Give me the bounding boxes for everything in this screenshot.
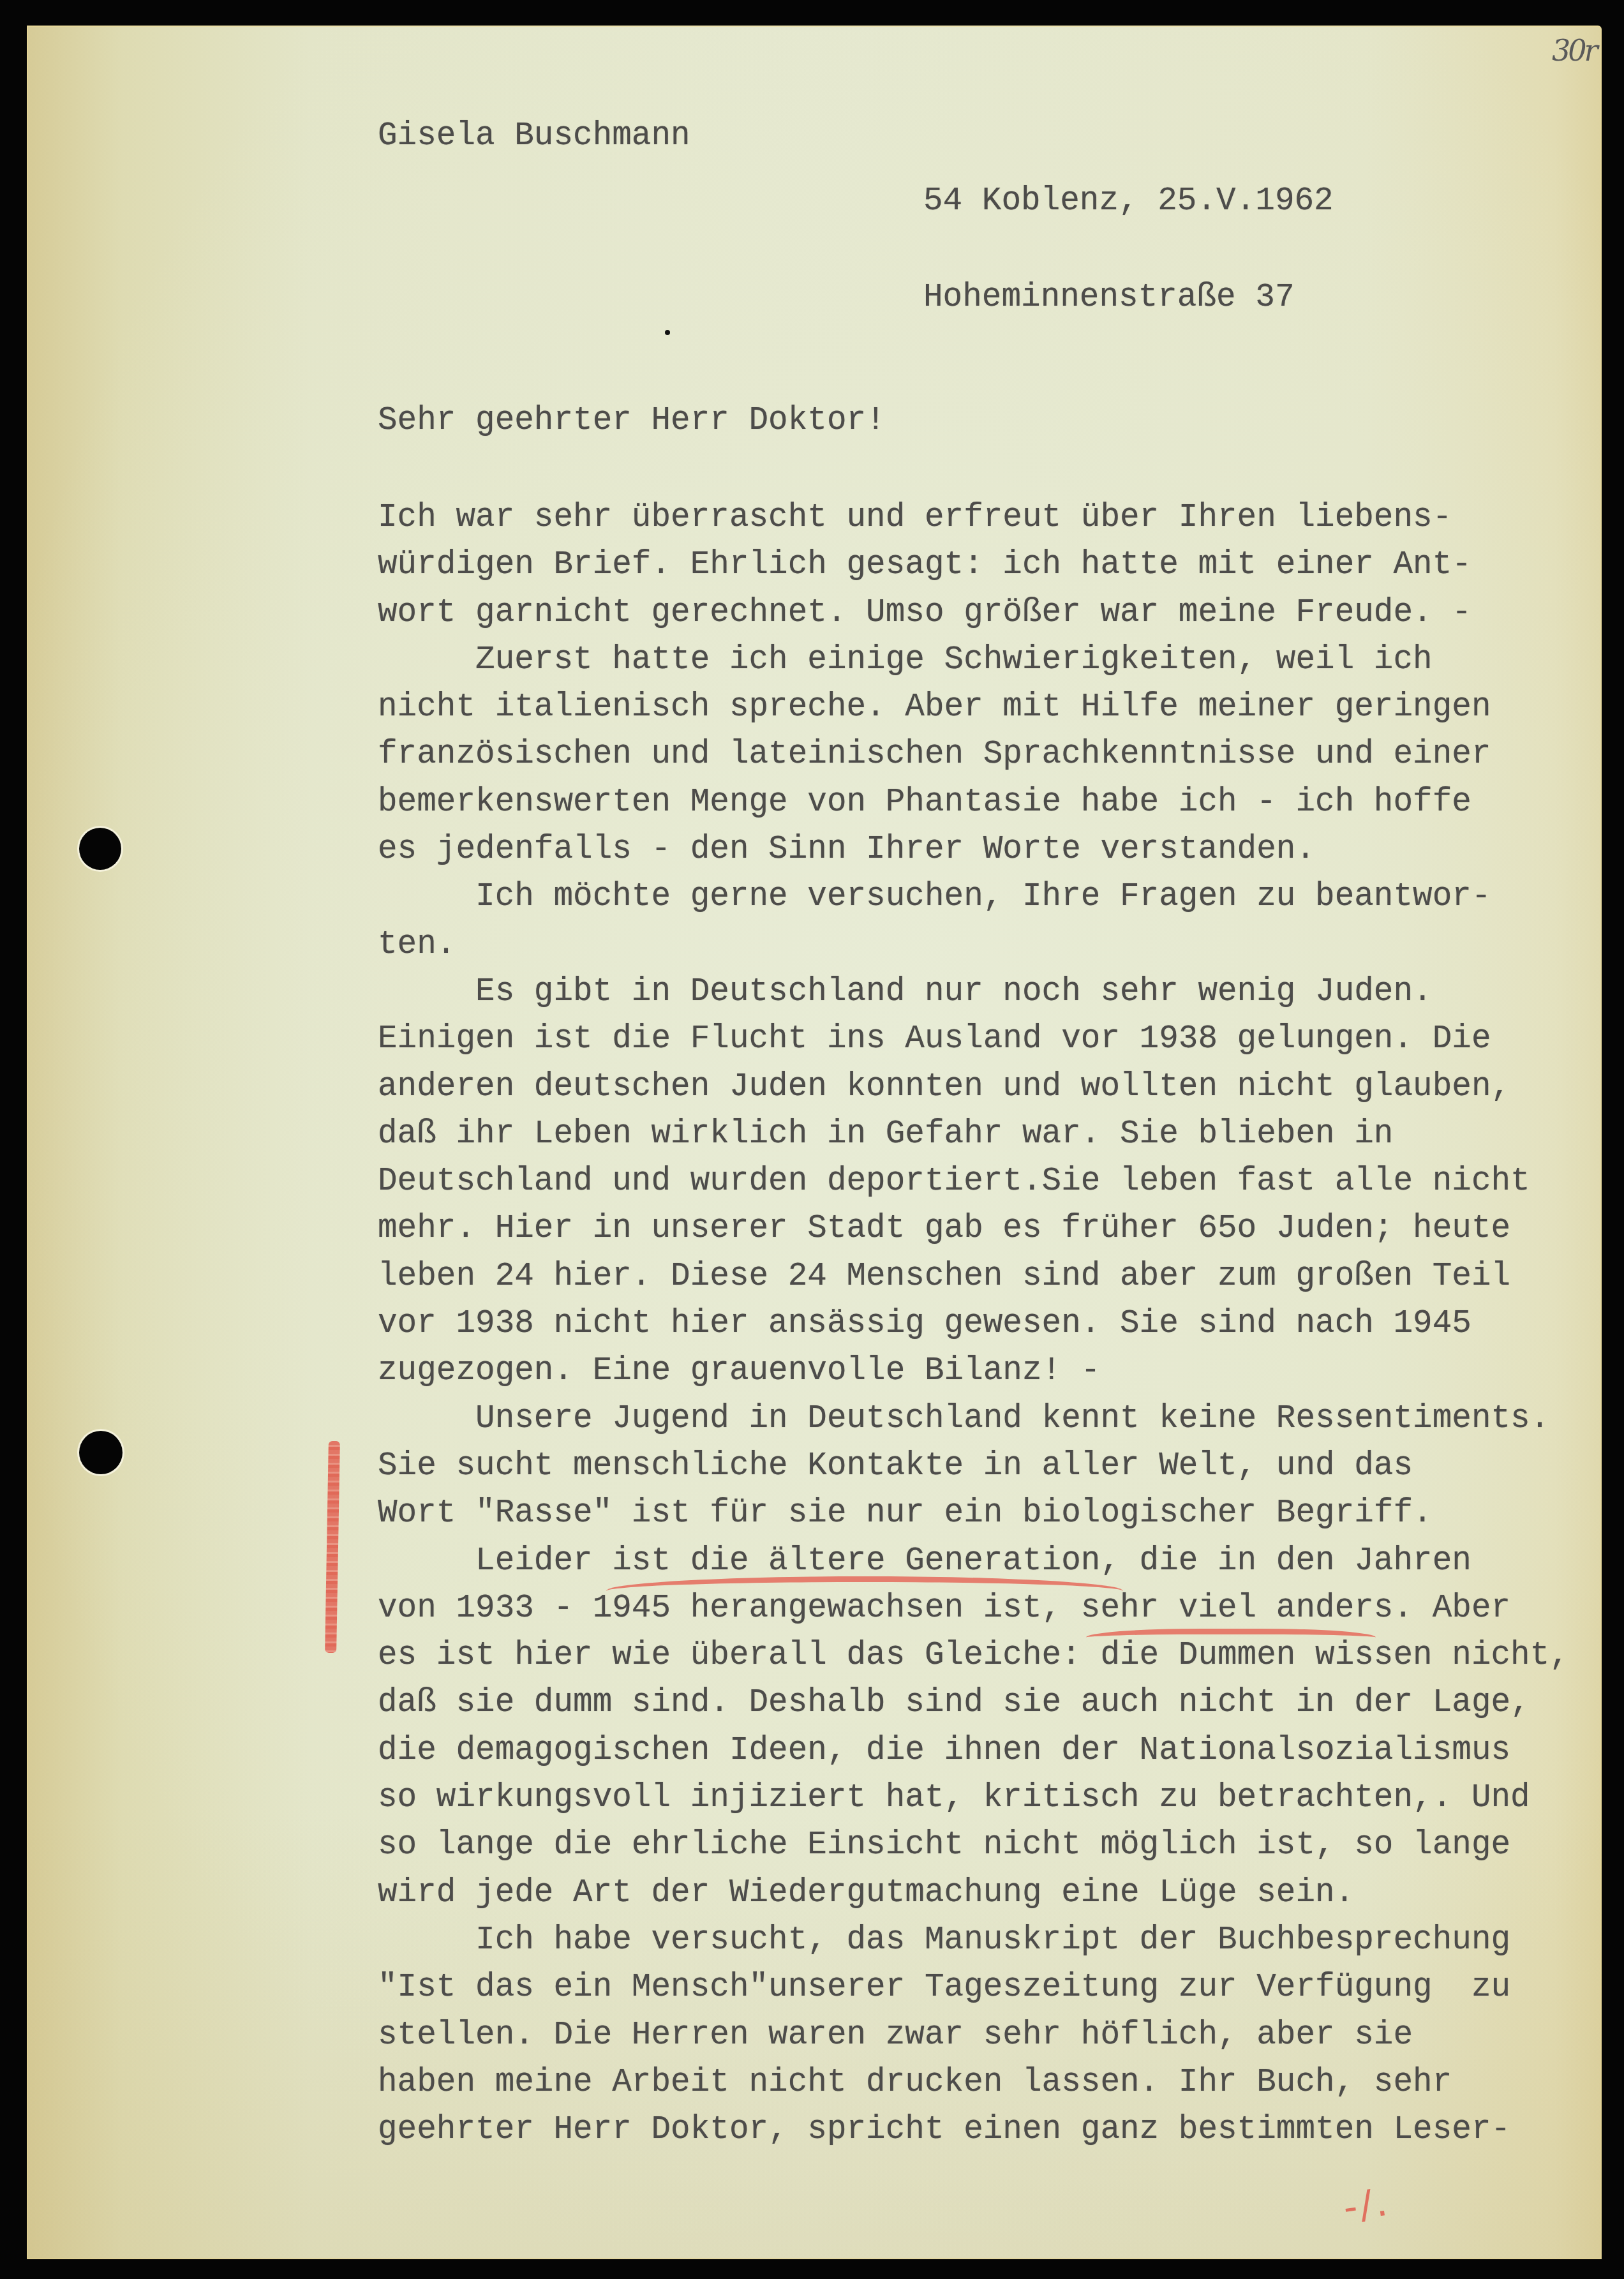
red-underline-sehr-viel-anders xyxy=(1086,1629,1376,1643)
body-line: mehr. Hier in unserer Stadt gab es frühe… xyxy=(378,1213,1569,1260)
body-line: "Ist das ein Mensch"unserer Tageszeitung… xyxy=(378,1971,1569,2019)
body-line: bemerkenswerten Menge von Phantasie habe… xyxy=(378,786,1569,833)
body-line: es ist hier wie überall das Gleiche: die… xyxy=(378,1640,1569,1687)
body-line: zugezogen. Eine grauenvolle Bilanz! - xyxy=(378,1355,1569,1402)
body-line: Es gibt in Deutschland nur noch sehr wen… xyxy=(378,976,1569,1023)
body-line: Wort "Rasse" ist für sie nur ein biologi… xyxy=(378,1497,1569,1544)
ink-speck xyxy=(665,330,670,335)
body-line: geehrter Herr Doktor, spricht einen ganz… xyxy=(378,2114,1569,2161)
body-line: so wirkungsvoll injiziert hat, kritisch … xyxy=(378,1782,1569,1829)
body-line: von 1933 - 1945 herangewachsen ist, sehr… xyxy=(378,1592,1569,1640)
body-line: anderen deutschen Juden konnten und woll… xyxy=(378,1071,1569,1118)
body-line: daß ihr Leben wirklich in Gefahr war. Si… xyxy=(378,1118,1569,1165)
body-line: es jedenfalls - den Sinn Ihrer Worte ver… xyxy=(378,833,1569,881)
body-line: so lange die ehrliche Einsicht nicht mög… xyxy=(378,1829,1569,1876)
body-line: nicht italienisch spreche. Aber mit Hilf… xyxy=(378,691,1569,738)
body-line: haben meine Arbeit nicht drucken lassen.… xyxy=(378,2066,1569,2114)
body-line: Ich war sehr überrascht und erfreut über… xyxy=(378,502,1569,549)
place-date: 54 Koblenz, 25.V.1962 xyxy=(923,185,1334,216)
punch-hole-bottom xyxy=(79,1431,123,1474)
body-line: Ich habe versucht, das Manuskript der Bu… xyxy=(378,1924,1569,1971)
body-line: die demagogischen Ideen, die ihnen der N… xyxy=(378,1735,1569,1782)
salutation: Sehr geehrter Herr Doktor! xyxy=(378,405,886,437)
body-line: Einigen ist die Flucht ins Ausland vor 1… xyxy=(378,1023,1569,1070)
body-line: daß sie dumm sind. Deshalb sind sie auch… xyxy=(378,1687,1569,1734)
archive-page-number: 30r xyxy=(1552,33,1596,68)
sender-name: Gisela Buschmann xyxy=(378,120,690,153)
body-line: ten. xyxy=(378,929,1569,976)
body-line: Sie sucht menschliche Kontakte in aller … xyxy=(378,1450,1569,1497)
body-line: französischen und lateinischen Sprachken… xyxy=(378,738,1569,786)
body-line: wird jede Art der Wiedergutmachung eine … xyxy=(378,1877,1569,1924)
punch-hole-top xyxy=(79,828,121,870)
body-line: vor 1938 nicht hier ansässig gewesen. Si… xyxy=(378,1308,1569,1355)
body-line: Ich möchte gerne versuchen, Ihre Fragen … xyxy=(378,881,1569,928)
body-line: leben 24 hier. Diese 24 Menschen sind ab… xyxy=(378,1260,1569,1308)
body-line: wort garnicht gerechnet. Umso größer war… xyxy=(378,597,1569,644)
body-line: Unsere Jugend in Deutschland kennt keine… xyxy=(378,1403,1569,1450)
street-address: Hoheminnenstraße 37 xyxy=(923,281,1334,313)
continuation-mark: -/. xyxy=(1340,2179,1392,2230)
sender-place-date-block: 54 Koblenz, 25.V.1962 Hoheminnenstraße 3… xyxy=(923,120,1334,345)
body-line: stellen. Die Herren waren zwar sehr höfl… xyxy=(378,2019,1569,2066)
body-line: Zuerst hatte ich einige Schwierigkeiten,… xyxy=(378,644,1569,691)
body-line: Deutschland und wurden deportiert.Sie le… xyxy=(378,1165,1569,1213)
letter-body: Ich war sehr überrascht und erfreut über… xyxy=(378,502,1569,2161)
body-line: würdigen Brief. Ehrlich gesagt: ich hatt… xyxy=(378,549,1569,596)
